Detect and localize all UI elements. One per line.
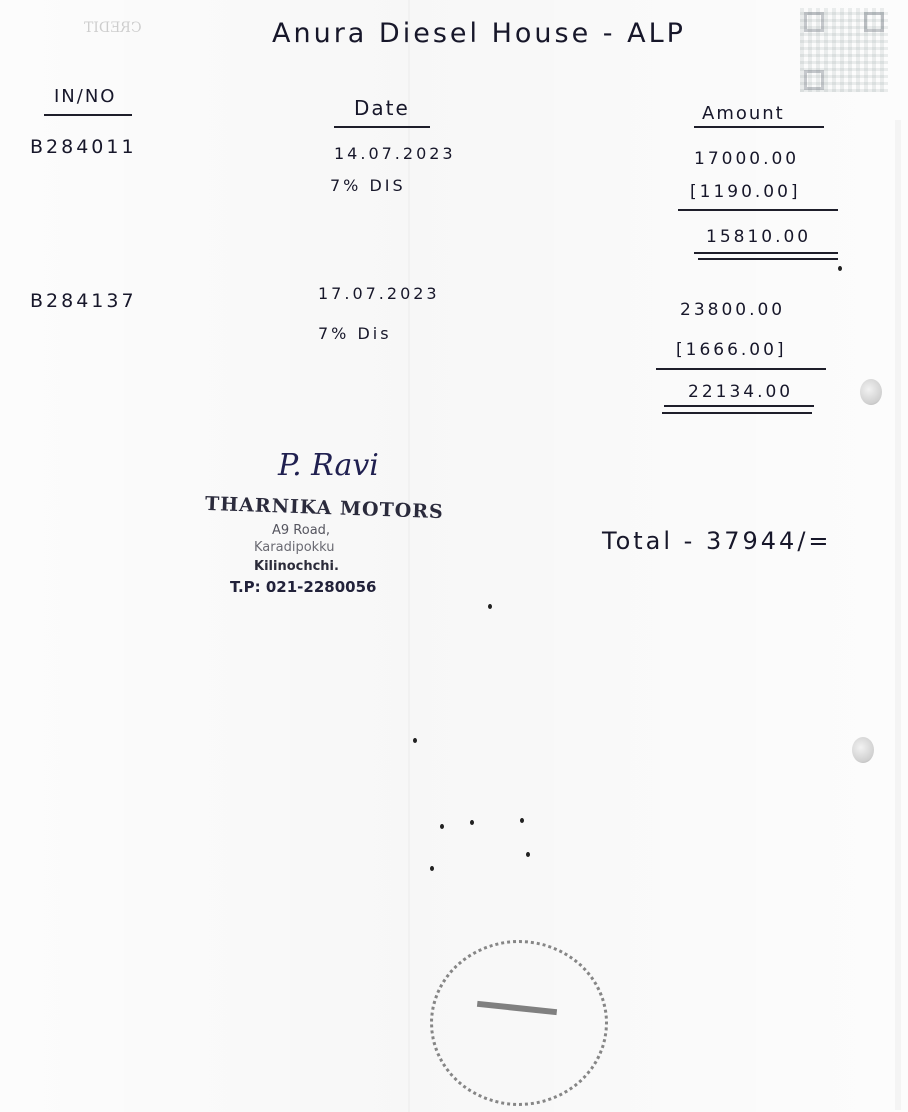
stamp-address-line1: A9 Road, <box>272 523 330 538</box>
ink-mark <box>488 604 492 609</box>
punch-hole <box>860 379 882 405</box>
ink-mark <box>526 852 530 857</box>
ink-mark <box>838 266 842 271</box>
paper-fold <box>408 0 410 1112</box>
double-underline <box>664 405 814 407</box>
subtotal-line <box>656 368 826 370</box>
entry-2-discount-amount: [1666.00] <box>676 340 787 360</box>
stamp-address-line3: Kilinochchi. <box>254 559 339 574</box>
paper-edge-shadow <box>895 120 901 1110</box>
entry-1-invoice-no: B284011 <box>30 136 137 158</box>
subtotal-line <box>678 209 838 211</box>
document-page: CREDIT Anura Diesel House - ALP IN/NO Da… <box>0 0 908 1112</box>
entry-1-net-amount: 15810.00 <box>706 227 811 247</box>
ink-mark <box>520 818 524 823</box>
ink-mark <box>470 820 474 825</box>
ink-mark <box>440 824 444 829</box>
header-underline <box>334 126 430 128</box>
ink-mark <box>413 738 417 743</box>
stamp-phone: T.P: 021-2280056 <box>230 578 376 596</box>
entry-2-discount-note: 7% Dis <box>318 324 392 343</box>
entry-1-discount-amount: [1190.00] <box>690 182 801 202</box>
entry-2-invoice-no: B284137 <box>30 290 137 312</box>
column-header-date: Date <box>354 96 410 120</box>
header-underline <box>694 126 824 128</box>
column-header-amount: Amount <box>702 103 785 124</box>
grand-total: Total - 37944/= <box>602 527 832 555</box>
punch-hole <box>852 737 874 763</box>
stamp-address-line2: Karadipokku <box>254 540 335 555</box>
header-underline <box>44 114 132 116</box>
document-title: Anura Diesel House - ALP <box>272 18 686 49</box>
entry-2-date: 17.07.2023 <box>318 284 440 303</box>
ink-mark <box>430 866 434 871</box>
double-underline <box>662 412 812 414</box>
seal-center-mark <box>477 1001 557 1015</box>
entry-2-gross-amount: 23800.00 <box>680 300 785 320</box>
faint-credit-stamp: CREDIT <box>84 20 142 36</box>
entry-1-gross-amount: 17000.00 <box>694 149 799 169</box>
entry-2-net-amount: 22134.00 <box>688 382 793 402</box>
round-seal-stamp <box>430 940 608 1106</box>
column-header-invoice-no: IN/NO <box>54 86 116 107</box>
qr-code-icon <box>800 8 888 92</box>
double-underline <box>698 258 838 260</box>
double-underline <box>694 252 838 254</box>
signature: P. Ravi <box>278 448 379 483</box>
entry-1-discount-note: 7% DIS <box>330 176 406 195</box>
entry-1-date: 14.07.2023 <box>334 144 456 163</box>
